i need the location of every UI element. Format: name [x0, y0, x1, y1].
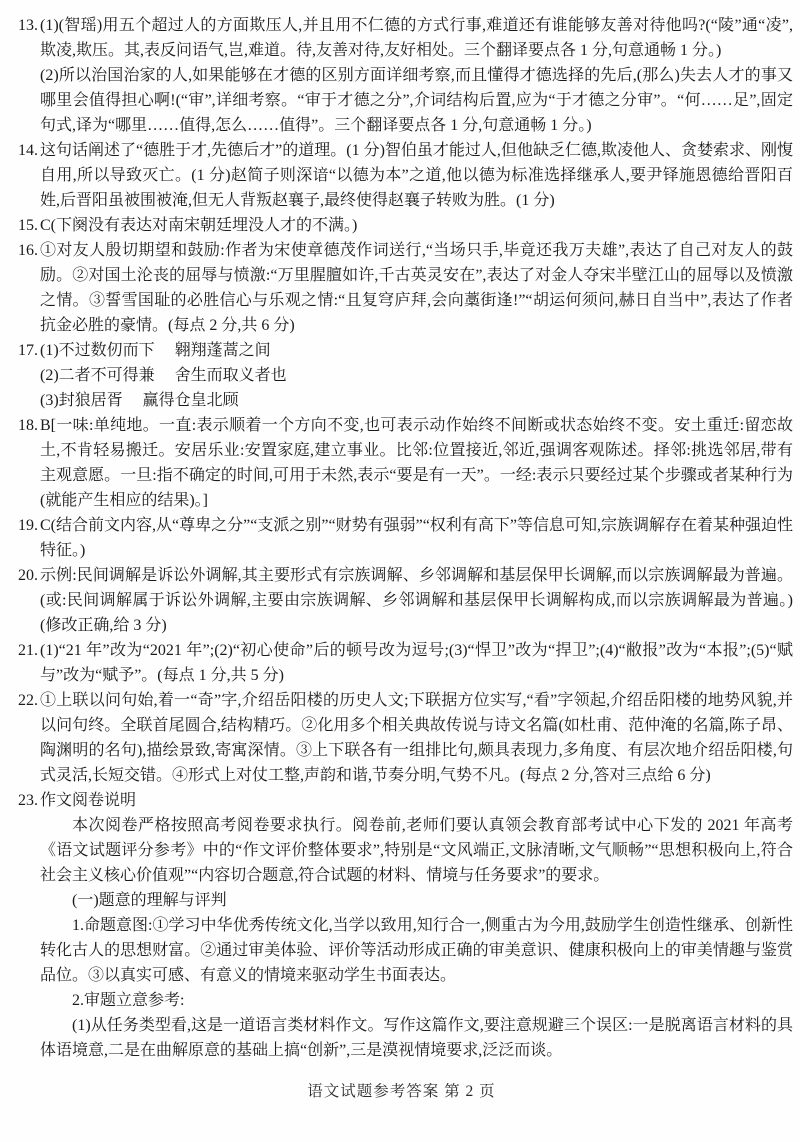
- answer-item-20: 20. 示例:民间调解是诉讼外调解,其主要形式有宗族调解、乡邻调解和基层保甲长调…: [10, 563, 793, 638]
- answer-subheading: 2.审题立意参考:: [40, 988, 793, 1013]
- item-body: B[一味:单纯地。一直:表示顺着一个方向不变,也可表示动作始终不间断或状态始终不…: [40, 413, 793, 513]
- answer-paragraph: B[一味:单纯地。一直:表示顺着一个方向不变,也可表示动作始终不间断或状态始终不…: [40, 413, 793, 513]
- answer-item-18: 18. B[一味:单纯地。一直:表示顺着一个方向不变,也可表示动作始终不间断或状…: [10, 413, 793, 513]
- answer-paragraph: (3)封狼居胥 赢得仓皇北顾: [40, 388, 793, 413]
- item-number: 14.: [10, 138, 40, 163]
- answer-paragraph: (1)“21 年”改为“2021 年”;(2)“初心使命”后的顿号改为逗号;(3…: [40, 638, 793, 688]
- answer-item-22: 22. ①上联以问句始,着一“奇”字,介绍岳阳楼的历史人文;下联据方位实写,“看…: [10, 688, 793, 788]
- item-number: 20.: [10, 563, 40, 588]
- item-body: 这句话阐述了“德胜于才,先德后才”的道理。(1 分)智伯虽才能过人,但他缺乏仁德…: [40, 138, 793, 213]
- item-body: (1)(智瑶)用五个超过人的方面欺压人,并且用不仁德的方式行事,难道还有谁能够友…: [40, 13, 793, 138]
- item-number: 22.: [10, 688, 40, 713]
- answer-paragraph: ①上联以问句始,着一“奇”字,介绍岳阳楼的历史人文;下联据方位实写,“看”字领起…: [40, 688, 793, 788]
- answer-paragraph: (2)二者不可得兼 舍生而取义者也: [40, 363, 793, 388]
- answer-paragraph: (2)所以治国治家的人,如果能够在才德的区别方面详细考察,而且懂得才德选择的先后…: [40, 63, 793, 138]
- item-body: ①上联以问句始,着一“奇”字,介绍岳阳楼的历史人文;下联据方位实写,“看”字领起…: [40, 688, 793, 788]
- answer-paragraph: ①对友人殷切期望和鼓励:作者为宋使章德茂作词送行,“当场只手,毕竟还我万夫雄”,…: [40, 238, 793, 338]
- item-body: 示例:民间调解是诉讼外调解,其主要形式有宗族调解、乡邻调解和基层保甲长调解,而以…: [40, 563, 793, 638]
- answer-item-13: 13. (1)(智瑶)用五个超过人的方面欺压人,并且用不仁德的方式行事,难道还有…: [10, 13, 793, 138]
- answer-paragraph: (1)从任务类型看,这是一道语言类材料作文。写作这篇作文,要注意规避三个误区:一…: [40, 1013, 793, 1063]
- answer-subheading: (一)题意的理解与评判: [40, 888, 793, 913]
- answer-paragraph: C(下阕没有表达对南宋朝廷埋没人才的不满。): [40, 213, 793, 238]
- answer-paragraph: 示例:民间调解是诉讼外调解,其主要形式有宗族调解、乡邻调解和基层保甲长调解,而以…: [40, 563, 793, 638]
- answer-item-17: 17. (1)不过数仞而下 翱翔蓬蒿之间 (2)二者不可得兼 舍生而取义者也 (…: [10, 338, 793, 413]
- item-body: C(下阕没有表达对南宋朝廷埋没人才的不满。): [40, 213, 793, 238]
- item-body: (1)“21 年”改为“2021 年”;(2)“初心使命”后的顿号改为逗号;(3…: [40, 638, 793, 688]
- answer-paragraph: C(结合前文内容,从“尊卑之分”“支派之别”“财势有强弱”“权利有高下”等信息可…: [40, 513, 793, 563]
- answer-item-19: 19. C(结合前文内容,从“尊卑之分”“支派之别”“财势有强弱”“权利有高下”…: [10, 513, 793, 563]
- item-body: ①对友人殷切期望和鼓励:作者为宋使章德茂作词送行,“当场只手,毕竟还我万夫雄”,…: [40, 238, 793, 338]
- answer-paragraph: 本次阅卷严格按照高考阅卷要求执行。阅卷前,老师们要认真领会教育部考试中心下发的 …: [40, 813, 793, 888]
- answer-item-21: 21. (1)“21 年”改为“2021 年”;(2)“初心使命”后的顿号改为逗…: [10, 638, 793, 688]
- answer-item-14: 14. 这句话阐述了“德胜于才,先德后才”的道理。(1 分)智伯虽才能过人,但他…: [10, 138, 793, 213]
- answer-paragraph: (1)不过数仞而下 翱翔蓬蒿之间: [40, 338, 793, 363]
- item-number: 23.: [10, 788, 40, 813]
- item-number: 16.: [10, 238, 40, 263]
- essay-section-heading: 作文阅卷说明: [40, 788, 793, 813]
- answer-paragraph: (1)(智瑶)用五个超过人的方面欺压人,并且用不仁德的方式行事,难道还有谁能够友…: [40, 13, 793, 63]
- item-body: (1)不过数仞而下 翱翔蓬蒿之间 (2)二者不可得兼 舍生而取义者也 (3)封狼…: [40, 338, 793, 413]
- item-number: 18.: [10, 413, 40, 438]
- item-body: 作文阅卷说明 本次阅卷严格按照高考阅卷要求执行。阅卷前,老师们要认真领会教育部考…: [40, 788, 793, 1063]
- item-number: 15.: [10, 213, 40, 238]
- item-body: C(结合前文内容,从“尊卑之分”“支派之别”“财势有强弱”“权利有高下”等信息可…: [40, 513, 793, 563]
- item-number: 19.: [10, 513, 40, 538]
- answer-paragraph: 1.命题意图:①学习中华优秀传统文化,当学以致用,知行合一,侧重古为今用,鼓励学…: [40, 913, 793, 988]
- page-footer: 语文试题参考答案 第 2 页: [10, 1079, 793, 1114]
- item-number: 13.: [10, 13, 40, 38]
- answer-paragraph: 这句话阐述了“德胜于才,先德后才”的道理。(1 分)智伯虽才能过人,但他缺乏仁德…: [40, 138, 793, 213]
- document-page: 13. (1)(智瑶)用五个超过人的方面欺压人,并且用不仁德的方式行事,难道还有…: [0, 0, 800, 1142]
- answer-item-23: 23. 作文阅卷说明 本次阅卷严格按照高考阅卷要求执行。阅卷前,老师们要认真领会…: [10, 788, 793, 1063]
- item-number: 21.: [10, 638, 40, 663]
- answer-list: 13. (1)(智瑶)用五个超过人的方面欺压人,并且用不仁德的方式行事,难道还有…: [10, 13, 793, 1063]
- item-number: 17.: [10, 338, 40, 363]
- answer-item-15: 15. C(下阕没有表达对南宋朝廷埋没人才的不满。): [10, 213, 793, 238]
- answer-item-16: 16. ①对友人殷切期望和鼓励:作者为宋使章德茂作词送行,“当场只手,毕竟还我万…: [10, 238, 793, 338]
